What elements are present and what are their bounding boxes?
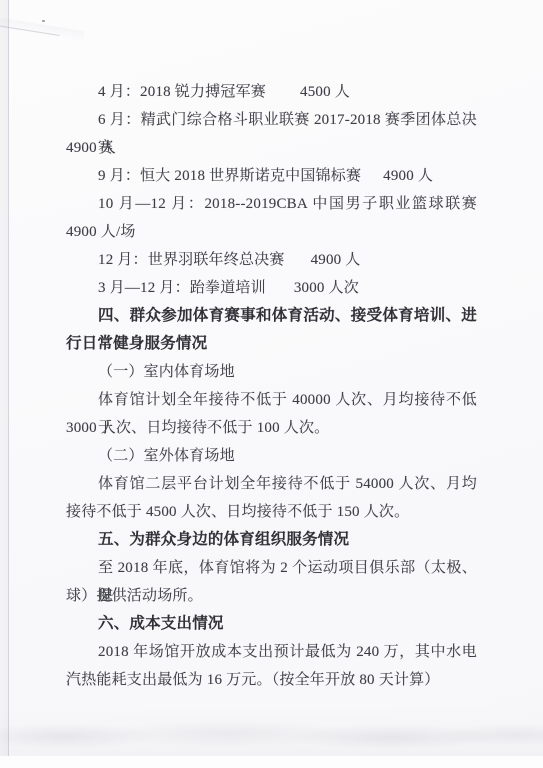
text-line: （一）室内体育场地 [66, 358, 477, 386]
text-line: 10 月—12 月：2018--2019CBA 中国男子职业篮球联赛 [66, 190, 477, 218]
text-line: 12 月：世界羽联年终总决赛4900 人 [66, 246, 477, 274]
text-line: 球）提供活动场所。 [66, 582, 477, 610]
line-text: 12 月：世界羽联年终总决赛 [98, 252, 285, 268]
text-line: 接待不低于 4500 人次、日均接待不低于 150 人次。 [66, 498, 477, 526]
line-text: 行日常健身服务情况 [66, 335, 207, 352]
text-line: 汽热能耗支出最低为 16 万元。（按全年开放 80 天计算） [66, 666, 477, 694]
text-line: 3 月—12 月：跆拳道培训3000 人次 [66, 274, 477, 302]
attendance-value: 4500 人 [300, 84, 350, 100]
text-line: 3000 人次、日均接待不低于 100 人次。 [66, 414, 477, 442]
line-text: 球）提供活动场所。 [66, 588, 203, 604]
scanned-page: 4 月：2018 锐力搏冠军赛4500 人6 月：精武门综合格斗职业联赛 201… [0, 0, 543, 768]
bottom-paper-strip [0, 756, 543, 768]
line-text: 接待不低于 4500 人次、日均接待不低于 150 人次。 [66, 504, 409, 520]
heading-line: 六、成本支出情况 [66, 610, 477, 638]
line-text: 汽热能耗支出最低为 16 万元。（按全年开放 80 天计算） [66, 672, 440, 688]
heading-line: 行日常健身服务情况 [66, 330, 477, 358]
text-line: 体育馆二层平台计划全年接待不低于 54000 人次、月均 [66, 470, 477, 498]
attendance-value: 4900 人 [311, 252, 361, 268]
text-line: 至 2018 年底，体育馆将为 2 个运动项目俱乐部（太极、毽 [66, 554, 477, 582]
paper-left-edge [0, 0, 9, 768]
text-line: 6 月：精武门综合格斗职业联赛 2017-2018 赛季团体总决赛 [66, 106, 477, 134]
line-text: 4900 人/场 [66, 224, 136, 240]
line-text: 3000 人次、日均接待不低于 100 人次。 [66, 420, 329, 436]
heading-line: 五、为群众身边的体育组织服务情况 [66, 526, 477, 554]
line-text: 4 月：2018 锐力搏冠军赛 [98, 84, 266, 100]
document-body: 4 月：2018 锐力搏冠军赛4500 人6 月：精武门综合格斗职业联赛 201… [66, 78, 477, 694]
text-line: （二）室外体育场地 [66, 442, 477, 470]
line-text: 3 月—12 月：跆拳道培训 [98, 280, 266, 296]
heading-line: 四、群众参加体育赛事和体育活动、接受体育培训、进 [66, 302, 477, 330]
attendance-value: 4900 人 [383, 168, 433, 184]
line-text: （二）室外体育场地 [98, 448, 235, 464]
line-text: 9 月：恒大 2018 世界斯诺克中国锦标赛 [98, 168, 361, 184]
attendance-value: 3000 人次 [294, 280, 359, 296]
line-text: 六、成本支出情况 [98, 615, 224, 632]
line-text: 10 月—12 月：2018--2019CBA 中国男子职业篮球联赛 [98, 196, 477, 212]
bottom-scan-shadow [0, 706, 543, 756]
text-line: 9 月：恒大 2018 世界斯诺克中国锦标赛4900 人 [66, 162, 477, 190]
text-line: 4900 人/场 [66, 218, 477, 246]
line-text: 四、群众参加体育赛事和体育活动、接受体育培训、进 [98, 307, 477, 324]
text-line: 体育馆计划全年接待不低于 40000 人次、月均接待不低于 [66, 386, 477, 414]
line-text: 体育馆二层平台计划全年接待不低于 54000 人次、月均 [98, 476, 477, 492]
line-text: （一）室内体育场地 [98, 364, 235, 380]
line-text: 2018 年场馆开放成本支出预计最低为 240 万，其中水电 [98, 644, 477, 660]
text-line: 2018 年场馆开放成本支出预计最低为 240 万，其中水电 [66, 638, 477, 666]
text-line: 4 月：2018 锐力搏冠军赛4500 人 [66, 78, 477, 106]
text-line: 4900 人 [66, 134, 477, 162]
ink-speck [42, 20, 45, 22]
line-text: 五、为群众身边的体育组织服务情况 [98, 531, 349, 548]
line-text: 4900 人 [66, 140, 116, 156]
